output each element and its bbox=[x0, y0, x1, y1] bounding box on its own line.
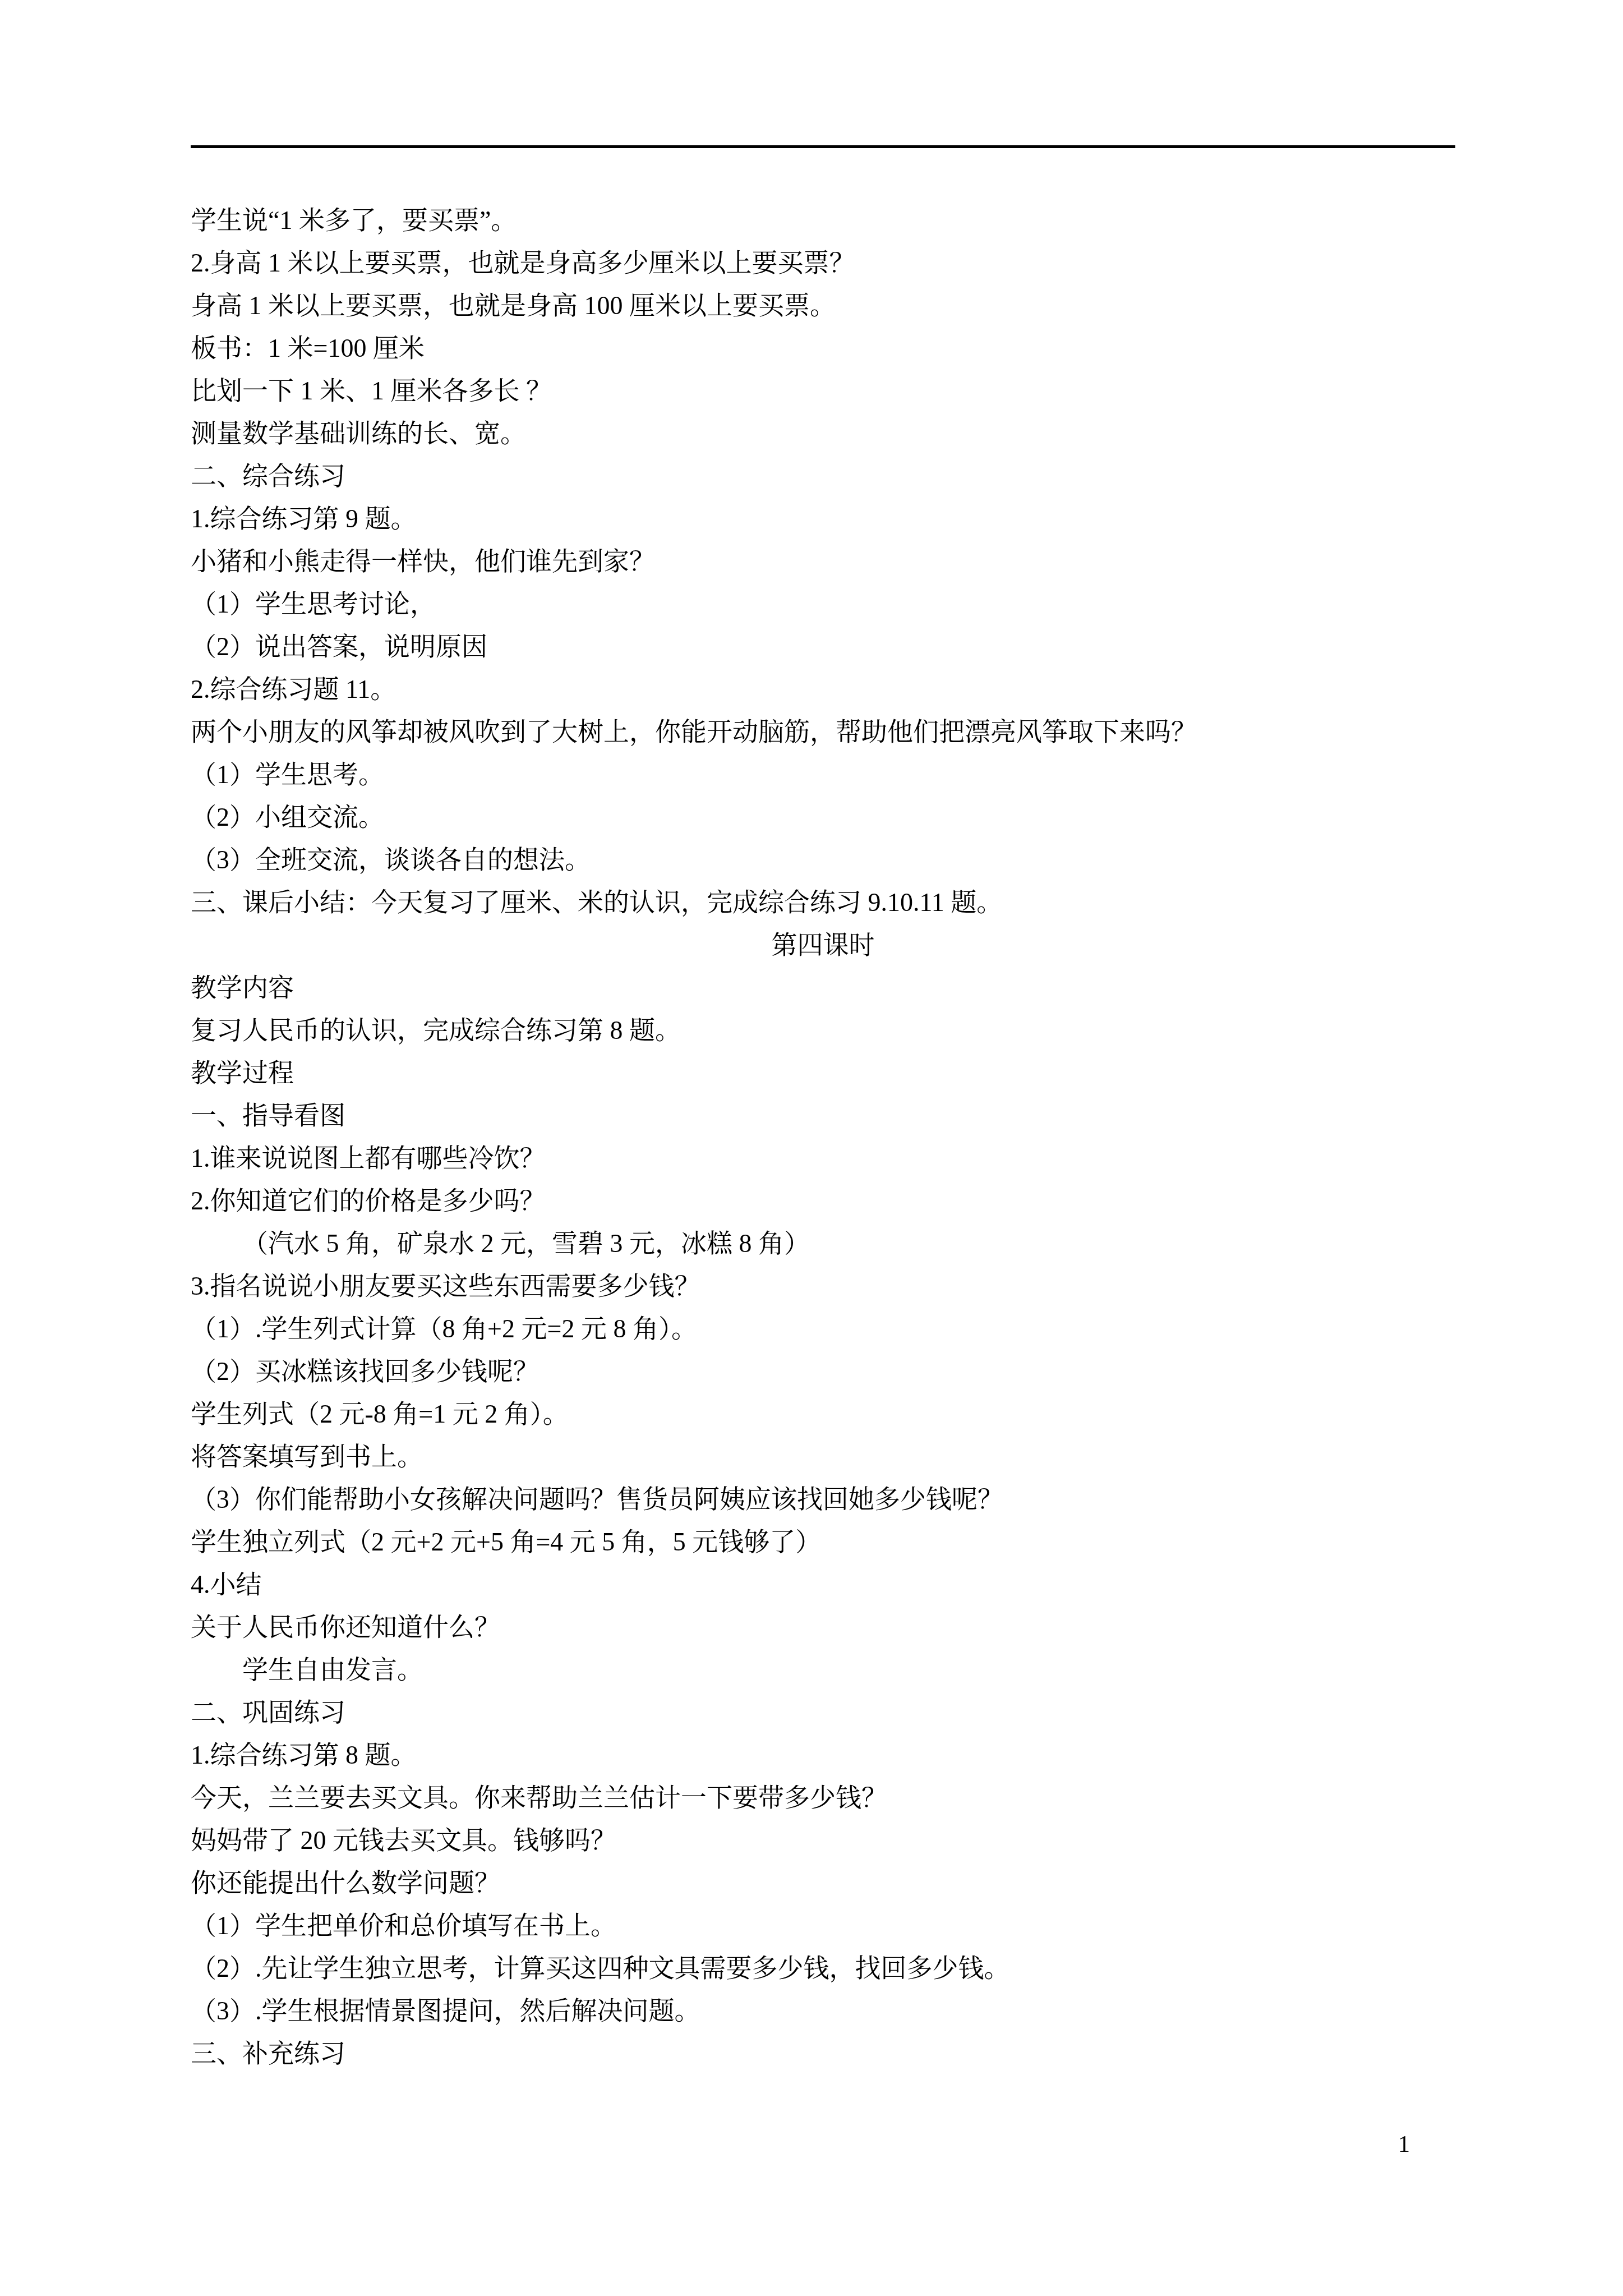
text-line: 比划一下 1 米、1 厘米各多长 ？ bbox=[191, 370, 1455, 412]
text-line: 第四课时 bbox=[191, 924, 1455, 967]
text-line: 学生说“1 米多了，要买票”。 bbox=[191, 199, 1455, 242]
text-line: 学生独立列式（2 元+2 元+5 角=4 元 5 角，5 元钱够了） bbox=[191, 1521, 1455, 1563]
text-line: 今天，兰兰要去买文具。你来帮助兰兰估计一下要带多少钱？ bbox=[191, 1777, 1455, 1819]
text-line: （2）.先让学生独立思考，计算买这四种文具需要多少钱，找回多少钱。 bbox=[191, 1947, 1455, 1990]
document-body: 学生说“1 米多了，要买票”。2.身高 1 米以上要买票，也就是身高多少厘米以上… bbox=[191, 199, 1455, 2075]
text-line: （3）你们能帮助小女孩解决问题吗？售货员阿姨应该找回她多少钱呢？ bbox=[191, 1478, 1455, 1521]
text-line: 板书：1 米=100 厘米 bbox=[191, 327, 1455, 370]
text-line: 二、巩固练习 bbox=[191, 1691, 1455, 1734]
text-line: 你还能提出什么数学问题？ bbox=[191, 1862, 1455, 1904]
header-rule bbox=[191, 145, 1455, 148]
text-line: 学生列式（2 元-8 角=1 元 2 角）。 bbox=[191, 1393, 1455, 1435]
text-line: 妈妈带了 20 元钱去买文具。钱够吗？ bbox=[191, 1819, 1455, 1862]
text-line: （汽水 5 角，矿泉水 2 元，雪碧 3 元，冰糕 8 角） bbox=[191, 1222, 1455, 1265]
text-line: 三、课后小结：今天复习了厘米、米的认识，完成综合练习 9.10.11 题。 bbox=[191, 881, 1455, 924]
text-line: （2）买冰糕该找回多少钱呢？ bbox=[191, 1350, 1455, 1393]
text-line: （1）.学生列式计算（8 角+2 元=2 元 8 角）。 bbox=[191, 1308, 1455, 1350]
text-line: 教学过程 bbox=[191, 1052, 1455, 1094]
text-line: 两个小朋友的风筝却被风吹到了大树上，你能开动脑筋，帮助他们把漂亮风筝取下来吗？ bbox=[191, 711, 1455, 753]
text-line: 2.综合练习题 11。 bbox=[191, 668, 1455, 711]
text-line: 三、补充练习 bbox=[191, 2032, 1455, 2075]
text-line: 复习人民币的认识，完成综合练习第 8 题。 bbox=[191, 1009, 1455, 1052]
page-number: 1 bbox=[1398, 2131, 1410, 2159]
text-line: （2）小组交流。 bbox=[191, 796, 1455, 839]
text-line: 将答案填写到书上。 bbox=[191, 1435, 1455, 1478]
text-line: 1.综合练习第 8 题。 bbox=[191, 1734, 1455, 1777]
text-line: 关于人民币你还知道什么？ bbox=[191, 1606, 1455, 1649]
text-line: 2.身高 1 米以上要买票，也就是身高多少厘米以上要买票？ bbox=[191, 242, 1455, 284]
text-line: 教学内容 bbox=[191, 967, 1455, 1009]
text-line: （2）说出答案，说明原因 bbox=[191, 625, 1455, 668]
text-line: （1）学生思考。 bbox=[191, 753, 1455, 796]
text-line: （1）学生把单价和总价填写在书上。 bbox=[191, 1904, 1455, 1947]
text-line: 4.小结 bbox=[191, 1563, 1455, 1606]
text-line: 一、指导看图 bbox=[191, 1094, 1455, 1137]
text-line: 小猪和小熊走得一样快，他们谁先到家？ bbox=[191, 540, 1455, 583]
text-line: （3）全班交流，谈谈各自的想法。 bbox=[191, 839, 1455, 881]
text-line: 身高 1 米以上要买票，也就是身高 100 厘米以上要买票。 bbox=[191, 284, 1455, 327]
text-line: （1）学生思考讨论， bbox=[191, 583, 1455, 625]
text-line: 1.综合练习第 9 题。 bbox=[191, 498, 1455, 540]
text-line: 学生自由发言。 bbox=[191, 1649, 1455, 1691]
text-line: 二、综合练习 bbox=[191, 455, 1455, 498]
text-line: （3）.学生根据情景图提问，然后解决问题。 bbox=[191, 1990, 1455, 2032]
text-line: 测量数学基础训练的长、宽。 bbox=[191, 412, 1455, 455]
text-line: 1.谁来说说图上都有哪些冷饮？ bbox=[191, 1137, 1455, 1180]
text-line: 3.指名说说小朋友要买这些东西需要多少钱？ bbox=[191, 1265, 1455, 1308]
text-line: 2.你知道它们的价格是多少吗？ bbox=[191, 1180, 1455, 1222]
